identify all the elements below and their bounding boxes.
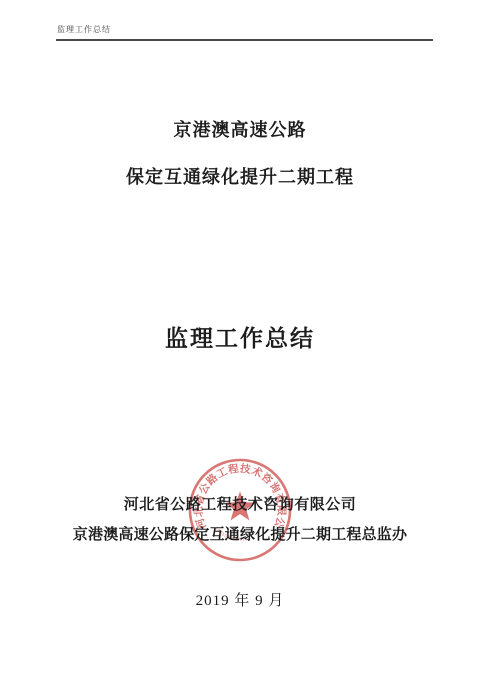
- project-title-line-1: 京港澳高速公路: [0, 116, 480, 142]
- consulting-company-name: 河北省公路工程技术咨询有限公司: [0, 493, 480, 514]
- supervision-office-name: 京港澳高速公路保定互通绿化提升二期工程总监办: [0, 523, 480, 544]
- document-page: 监理工作总结 京港澳高速公路 保定互通绿化提升二期工程 监理工作总结 河北省公路…: [0, 0, 480, 700]
- document-main-title: 监理工作总结: [0, 320, 480, 353]
- project-title-line-2: 保定互通绿化提升二期工程: [0, 163, 480, 189]
- document-date: 2019 年 9 月: [0, 589, 480, 610]
- page-header-label: 监理工作总结: [57, 24, 111, 35]
- header-divider: [56, 39, 433, 41]
